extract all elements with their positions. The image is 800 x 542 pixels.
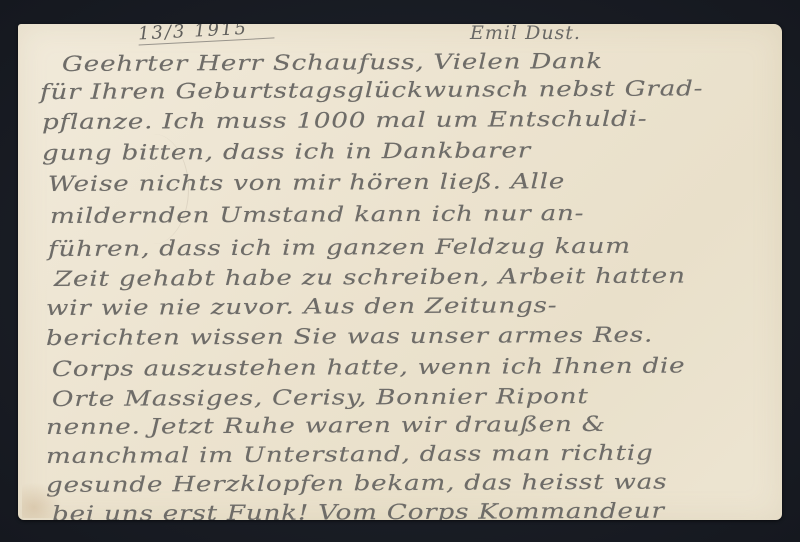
handwritten-line: nenne. Jetzt Ruhe waren wir draußen & — [46, 412, 606, 439]
handwritten-line: Orte Massiges, Cerisy, Bonnier Ripont — [52, 384, 589, 411]
handwritten-date: 13/3 1915 — [138, 24, 275, 46]
postcard: 13/3 1915 Emil Dust. Geehrter Herr Schau… — [18, 24, 782, 520]
handwritten-line: führen, dass ich im ganzen Feldzug kaum — [48, 234, 631, 261]
handwritten-line: Geehrter Herr Schaufuss, Vielen Dank — [62, 49, 603, 76]
sender-note: Emil Dust. — [470, 24, 581, 44]
handwritten-line: Zeit gehabt habe zu schreiben, Arbeit ha… — [54, 263, 686, 291]
scan-background: 13/3 1915 Emil Dust. Geehrter Herr Schau… — [0, 0, 800, 542]
handwritten-line: gung bitten, dass ich in Dankbarer — [42, 138, 531, 165]
handwritten-line: pflanze. Ich muss 1000 mal um Entschuldi… — [42, 107, 648, 134]
handwritten-line: für Ihren Geburtstagsglückwunsch nebst G… — [40, 76, 703, 104]
handwritten-line: berichten wissen Sie was unser armes Res… — [46, 323, 653, 350]
handwritten-line: Weise nichts von mir hören ließ. Alle — [48, 169, 565, 196]
handwritten-line: Corps auszustehen hatte, wenn ich Ihnen … — [52, 353, 686, 381]
handwritten-line: mildernden Umstand kann ich nur an- — [50, 201, 584, 228]
handwritten-line: wir wie nie zuvor. Aus den Zeitungs- — [46, 293, 558, 320]
handwritten-line: gesunde Herzklopfen bekam, das heisst wa… — [46, 470, 667, 497]
handwritten-line: bei uns erst Funk! Vom Corps Kommandeur — [52, 499, 665, 520]
handwritten-line: manchmal im Unterstand, dass man richtig — [46, 441, 654, 468]
